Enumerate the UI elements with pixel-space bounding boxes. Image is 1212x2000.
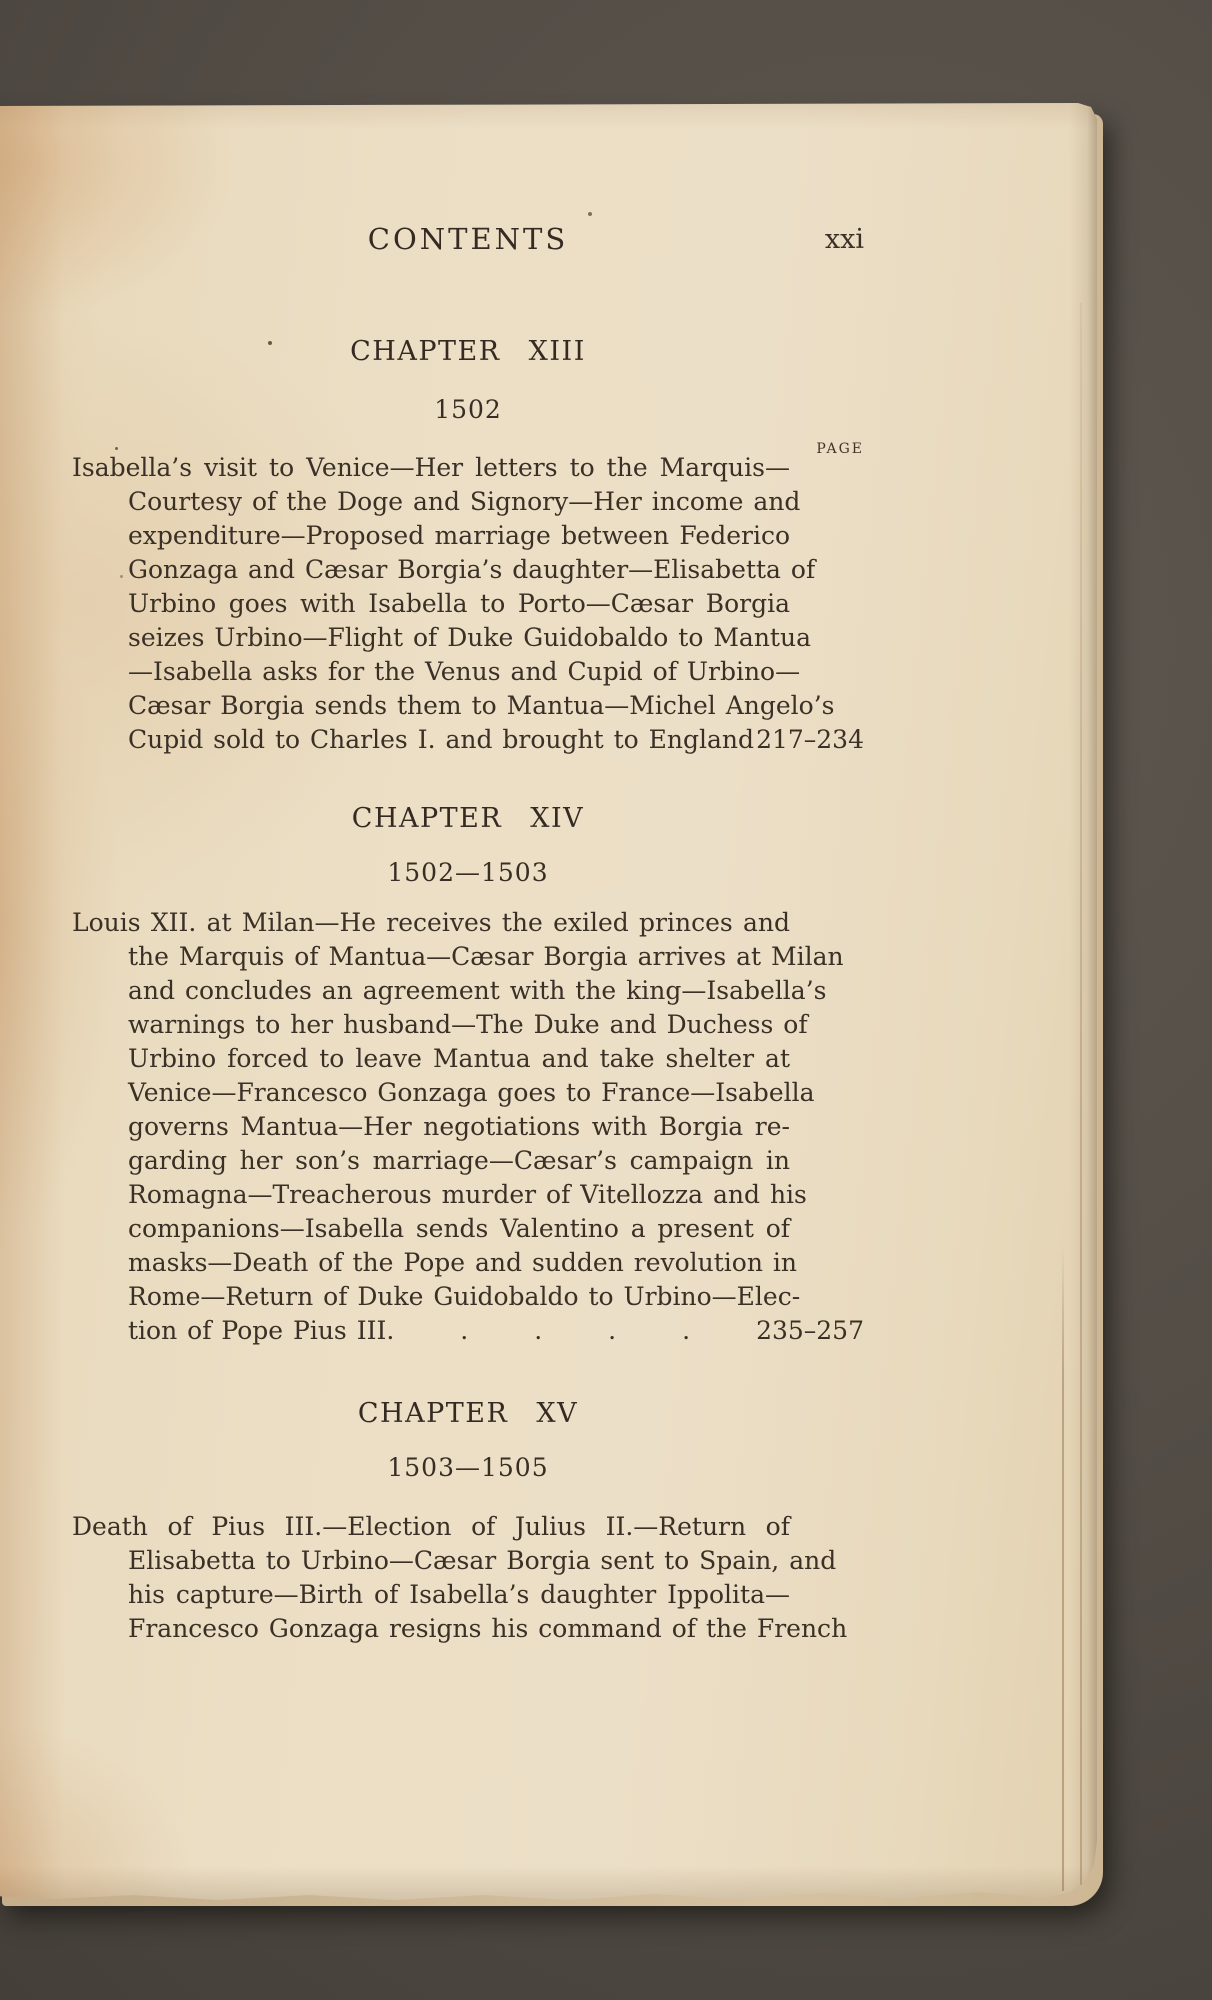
dot-leaders: .... bbox=[394, 1314, 756, 1348]
leader-dot: . bbox=[682, 1314, 690, 1348]
toc-line: Death of Pius III.—Election of Julius II… bbox=[72, 1510, 790, 1544]
chapter-years: 1503—1505 bbox=[72, 1453, 864, 1482]
chapter-heading: CHAPTER XIV bbox=[72, 803, 864, 834]
toc-line: warnings to her husband—The Duke and Duc… bbox=[128, 1008, 790, 1042]
fore-edge-line bbox=[1062, 1243, 1064, 1891]
toc-line: Louis XII. at Milan—He receives the exil… bbox=[72, 906, 790, 940]
foxing-speck bbox=[588, 212, 592, 216]
toc-line: seizes Urbino—Flight of Duke Guidobaldo … bbox=[128, 621, 790, 655]
toc-line: governs Mantua—Her negotiations with Bor… bbox=[128, 1110, 790, 1144]
toc-line: Urbino forced to leave Mantua and take s… bbox=[128, 1042, 790, 1076]
toc-line: Rome—Return of Duke Guidobaldo to Urbino… bbox=[128, 1280, 790, 1314]
toc-line: Francesco Gonzaga resigns his command of… bbox=[128, 1612, 790, 1646]
toc-line: garding her son’s marriage—Cæsar’s campa… bbox=[128, 1144, 790, 1178]
toc-line: and concludes an agreement with the king… bbox=[128, 974, 790, 1008]
toc-line: masks—Death of the Pope and sudden revol… bbox=[128, 1246, 790, 1280]
toc-line: tion of Pope Pius III. bbox=[128, 1314, 394, 1348]
fore-edge-line bbox=[1080, 303, 1082, 1888]
chapter-summary: Louis XII. at Milan—He receives the exil… bbox=[72, 906, 864, 1348]
page-header: CONTENTS xxi bbox=[72, 222, 864, 266]
toc-line: expenditure—Proposed marriage between Fe… bbox=[128, 519, 790, 553]
toc-line: Cupid sold to Charles I. and brought to … bbox=[128, 723, 754, 757]
toc-line: Cæsar Borgia sends them to Mantua—Michel… bbox=[128, 689, 790, 723]
toc-line: the Marquis of Mantua—Cæsar Borgia arriv… bbox=[128, 940, 790, 974]
leader-dot: . bbox=[460, 1314, 468, 1348]
chapter-page-range: 235–257 bbox=[756, 1314, 864, 1348]
leader-dot: . bbox=[534, 1314, 542, 1348]
toc-line: Romagna—Treacherous murder of Vitellozza… bbox=[128, 1178, 790, 1212]
chapter-summary: Isabella’s visit to Venice—Her letters t… bbox=[72, 451, 864, 757]
chapter-summary: Death of Pius III.—Election of Julius II… bbox=[72, 1510, 864, 1646]
toc-line: Courtesy of the Doge and Signory—Her inc… bbox=[128, 485, 790, 519]
toc-line: Elisabetta to Urbino—Cæsar Borgia sent t… bbox=[128, 1544, 790, 1578]
leader-dot: . bbox=[608, 1314, 616, 1348]
toc-line: Isabella’s visit to Venice—Her letters t… bbox=[72, 451, 790, 485]
toc-last-line: Cupid sold to Charles I. and brought to … bbox=[128, 723, 864, 757]
toc-line: —Isabella asks for the Venus and Cupid o… bbox=[128, 655, 790, 689]
page-title: CONTENTS bbox=[72, 222, 864, 256]
chapter-heading: CHAPTER XV bbox=[72, 1398, 864, 1429]
chapter-page-range: 217–234 bbox=[756, 723, 864, 757]
folio-number: xxi bbox=[825, 224, 864, 255]
toc-line: Gonzaga and Cæsar Borgia’s daughter—Elis… bbox=[128, 553, 790, 587]
chapter-years: 1502—1503 bbox=[72, 858, 864, 887]
toc-line: companions—Isabella sends Valentino a pr… bbox=[128, 1212, 790, 1246]
toc-line: Urbino goes with Isabella to Porto—Cæsar… bbox=[128, 587, 790, 621]
toc-last-line: tion of Pope Pius III.....235–257 bbox=[128, 1314, 864, 1348]
chapter-heading: CHAPTER XIII bbox=[72, 336, 864, 367]
book-page: CONTENTS xxi PAGE CHAPTER XIII1502Isabel… bbox=[0, 103, 1097, 1900]
chapter-years: 1502 bbox=[72, 395, 864, 424]
toc-line: his capture—Birth of Isabella’s daughter… bbox=[128, 1578, 790, 1612]
toc-line: Venice—Francesco Gonzaga goes to France—… bbox=[128, 1076, 790, 1110]
